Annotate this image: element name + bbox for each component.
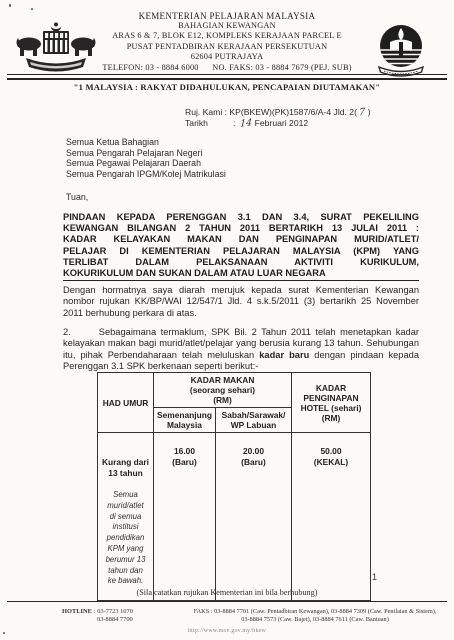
subject-line: PELAJAR DI KEMENTERIAN PELAJARAN MALAYSI… [63, 246, 419, 257]
letter-page: KEMENTERIAN PELAJARAN MALAYSIA BAHAGIAN … [0, 0, 454, 640]
footnote: (Sila catatkan rujukan Kementerian ini b… [0, 588, 454, 597]
handwritten-date: 14 [240, 117, 253, 130]
cell-hotel: 50.00 (KEKAL) [292, 433, 371, 601]
letterhead: KEMENTERIAN PELAJARAN MALAYSIA BAHAGIAN … [0, 11, 454, 73]
hotline-block: HOTLINE : 03-7723 1070 03-8884 7700 [62, 608, 133, 624]
subject-line: KEWANGAN BILANGAN 2 TAHUN 2011 BERTARIKH… [63, 223, 419, 234]
rates-table: HAD UMUR KADAR MAKAN (seorang sehari) (R… [97, 372, 371, 601]
subject-heading: PINDAAN KEPADA PERENGGAN 3.1 DAN 3.4, SU… [63, 212, 419, 281]
age-note: Semua murid/atlet di semua institusi pen… [100, 490, 151, 587]
footer-url: http://www.moe.gov.my/bkew [0, 628, 454, 634]
ministry-name: KEMENTERIAN PELAJARAN MALAYSIA [0, 11, 454, 21]
address-line-2: PUSAT PENTADBIRAN KERAJAAN PERSEKUTUAN [0, 42, 454, 52]
cell-had-umur: Kurang dari 13 tahun Semua murid/atlet d… [98, 433, 154, 601]
cell-makan-semenanjung: 16.00 (Baru) [154, 433, 216, 601]
address-line-1: ARAS 6 & 7, BLOK E12, KOMPLEKS KERAJAAN … [0, 31, 454, 41]
col-header-kadar-makan: KADAR MAKAN (seorang sehari) (RM) [154, 373, 292, 408]
handwritten-ref-digit: 7 [359, 107, 366, 119]
scan-mark [9, 4, 11, 7]
reference-number: Ruj. Kami : KP(BKEW)(PK)1587/6/A-4 Jld. … [185, 107, 371, 118]
recipient-line: Semua Pengarah IPGM/Kolej Matrikulasi [66, 169, 226, 180]
cell-makan-sabah: 20.00 (Baru) [216, 433, 292, 601]
subject-line: TERLIBAT DALAM PELAKSANAAN AKTIVITI KURI… [63, 257, 419, 268]
subject-line: KADAR KELAYAKAN MAKAN DAN PENGINAPAN MUR… [63, 234, 419, 245]
subheader-sabah-sarawak: Sabah/Sarawak/ WP Labuan [216, 408, 292, 433]
kadar-baru-emphasis: kadar baru [259, 350, 309, 360]
col-header-kadar-penginapan: KADAR PENGINAPAN HOTEL (sehari) (RM) [292, 373, 371, 433]
paragraph-2: 2.Sebagaimana termaklum, SPK Bil. 2 Tahu… [63, 327, 419, 372]
hotline-numbers: : 03-7723 1070 03-8884 7700 [94, 608, 133, 624]
subject-line: PINDAAN KEPADA PERENGGAN 3.1 DAN 3.4, SU… [63, 212, 419, 223]
recipient-line: Semua Ketua Bahagian [66, 137, 226, 148]
recipient-line: Semua Pengarah Pelajaran Negeri [66, 148, 226, 159]
subject-line-underlined: KOKURIKULUM DAN SUKAN DALAM ATAU LUAR NE… [63, 268, 419, 281]
address-line-3: 62604 PUTRAJAYA [0, 52, 454, 62]
age-limit: Kurang dari 13 tahun [100, 457, 151, 479]
recipient-line: Semua Pegawai Pelajaran Daerah [66, 158, 226, 169]
department-name: BAHAGIAN KEWANGAN [0, 21, 454, 31]
paragraph-1: Dengan hormatnya saya diarah merujuk kep… [63, 285, 419, 319]
header-rule [7, 74, 447, 80]
page-number: 1 [372, 572, 377, 582]
contact-line: TELEFON: 03 - 8884 6000 NO. FAKS: 03 - 8… [0, 63, 454, 73]
date-line: Tarikh: 14 Februari 2012 [185, 118, 371, 129]
footer-rule [7, 601, 447, 602]
subheader-semenanjung: Semenanjung Malaysia [154, 408, 216, 433]
col-header-had-umur: HAD UMUR [98, 373, 154, 433]
recipients: Semua Ketua Bahagian Semua Pengarah Pela… [66, 137, 226, 179]
faks-block: FAKS : 03-8884 7701 (Caw. Pentadbiran Ke… [190, 608, 440, 624]
scan-mark [31, 8, 33, 10]
paragraph-number: 2. [63, 327, 71, 337]
reference-block: Ruj. Kami : KP(BKEW)(PK)1587/6/A-4 Jld. … [185, 107, 371, 129]
salutation: Tuan, [66, 192, 88, 202]
hotline-label: HOTLINE [62, 608, 92, 624]
table-row: Kurang dari 13 tahun Semua murid/atlet d… [98, 433, 371, 601]
motto: "1 MALAYSIA : RAKYAT DIDAHULUKAN, PENCAP… [0, 82, 454, 92]
